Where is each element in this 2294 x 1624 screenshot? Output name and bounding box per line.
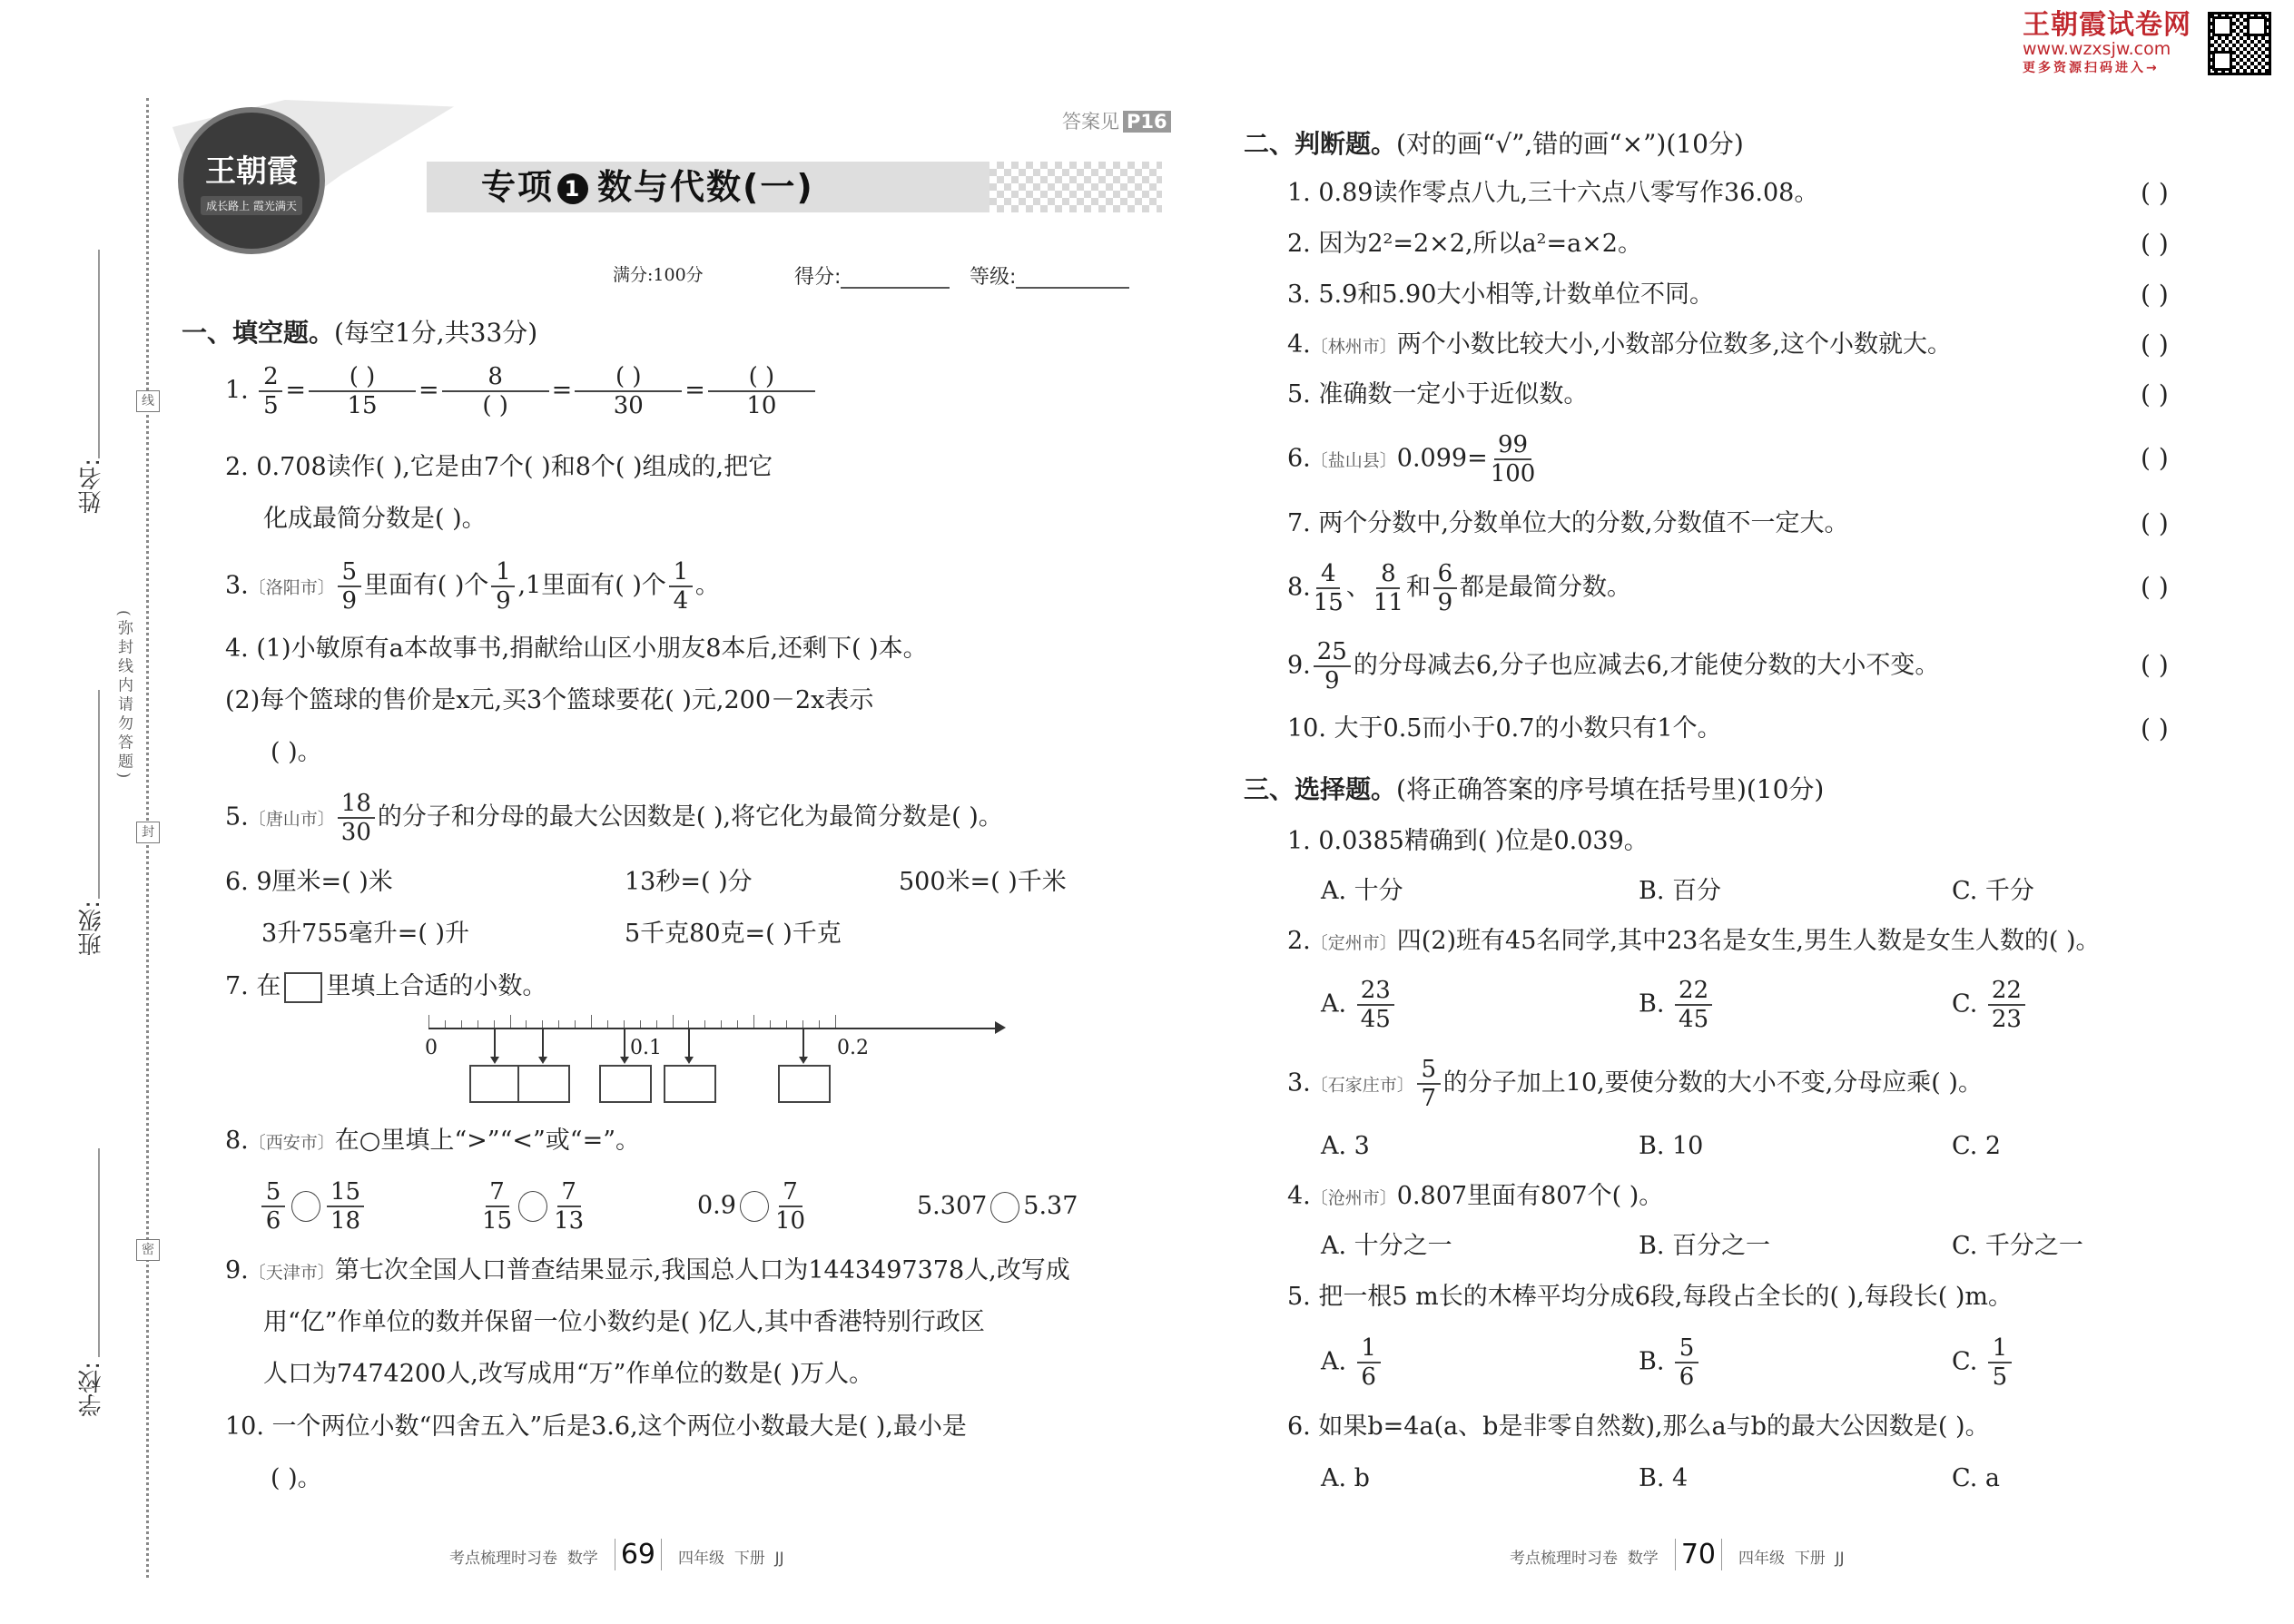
- choice-3-option-a[interactable]: A. 3: [1321, 1131, 1370, 1162]
- judge-item-8: 8.415、811和69都是最简分数。: [1287, 560, 1631, 616]
- class-field-line[interactable]: [98, 690, 100, 899]
- answer-ref-page: P16: [1123, 111, 1171, 133]
- choice-5-option-a[interactable]: A. 16: [1321, 1334, 1383, 1391]
- minor-tick: [656, 1020, 657, 1028]
- question-1-6e[interactable]: 5千克80克=( )千克: [625, 919, 842, 950]
- grade-field[interactable]: 等级:: [970, 261, 1129, 290]
- judge-answer-4[interactable]: ( ): [2141, 330, 2169, 360]
- question-1-4-line2[interactable]: (2)每个篮球的售价是x元,买3个篮球要花( )元,200－2x表示: [225, 685, 873, 716]
- site-logo[interactable]: 王朝霞试卷网 www.wzxsjw.com 更多资源扫码进入→: [2023, 11, 2191, 76]
- compare-circle[interactable]: [990, 1192, 1019, 1223]
- choice-6-option-c[interactable]: C. a: [1952, 1463, 2000, 1494]
- choice-item-6[interactable]: 6. 如果b=4a(a、b是非零自然数),那么a与b的最大公因数是( )。: [1287, 1412, 1990, 1442]
- question-1-2-line1[interactable]: 2. 0.708读作( ),它是由7个( )和8个( )组成的,把它: [225, 452, 773, 483]
- question-1-6a[interactable]: 6. 9厘米=( )米: [225, 867, 393, 898]
- judge-item-10: 10. 大于0.5而小于0.7的小数只有1个。: [1287, 714, 1722, 744]
- seal-notice: (弥封线内请勿答题): [113, 610, 135, 782]
- fraction: 19: [491, 558, 515, 615]
- class-label: 班级:: [74, 901, 108, 956]
- minor-tick: [688, 1020, 689, 1028]
- choice-4-option-b[interactable]: B. 百分之一: [1639, 1231, 1770, 1262]
- logo-name: 王朝霞: [205, 146, 298, 191]
- footer-right: 考点梳理时习卷 数学70四年级 下册 JJ: [1510, 1539, 1845, 1570]
- region-tag: 〔林州市〕: [1311, 337, 1397, 357]
- number-line-axis: [428, 1028, 1000, 1029]
- title-number-badge: 1: [557, 173, 588, 204]
- judge-answer-1[interactable]: ( ): [2141, 178, 2169, 209]
- arrow-head-icon: [538, 1057, 547, 1064]
- site-brand: 王朝霞试卷网: [2023, 11, 2191, 40]
- minor-tick: [704, 1020, 705, 1028]
- question-1-3[interactable]: 3.〔洛阳市〕59里面有( )个19,1里面有( )个14。: [225, 558, 720, 615]
- choice-2-option-b[interactable]: B. 2245: [1639, 977, 1715, 1033]
- region-tag: 〔盐山县〕: [1311, 451, 1397, 471]
- title-prefix: 专项: [481, 167, 554, 207]
- question-1-5[interactable]: 5.〔唐山市〕1830的分子和分母的最大公因数是( ),将它化为最简分数是( )…: [225, 790, 1003, 847]
- footer-left: 考点梳理时习卷 数学69四年级 下册 JJ: [449, 1539, 784, 1570]
- choice-5-option-b[interactable]: B. 56: [1639, 1334, 1701, 1391]
- label-0-2: 0.2: [837, 1037, 869, 1059]
- choice-6-option-a[interactable]: A. b: [1321, 1463, 1370, 1494]
- minor-tick: [607, 1020, 608, 1028]
- region-tag: 〔沧州市〕: [1311, 1188, 1397, 1208]
- name-label: 姓名:: [74, 458, 108, 514]
- major-tick: [673, 1015, 674, 1028]
- choice-4-option-a[interactable]: A. 十分之一: [1321, 1231, 1452, 1262]
- choice-2-option-c[interactable]: C. 2223: [1952, 977, 2028, 1033]
- section-2-heading: 二、判断题。(对的画“√”,错的画“×”)(10分): [1244, 129, 1744, 160]
- choice-5-option-c[interactable]: C. 15: [1952, 1334, 2014, 1391]
- question-1-10-line1[interactable]: 10. 一个两位小数“四舍五入”后是3.6,这个两位小数最大是( ),最小是: [225, 1412, 967, 1442]
- judge-item-5: 5. 准确数一定小于近似数。: [1287, 379, 1588, 410]
- major-tick: [835, 1015, 836, 1028]
- minor-tick: [624, 1020, 625, 1028]
- judge-item-2: 2. 因为2²=2×2,所以a²=a×2。: [1287, 229, 1642, 260]
- compare-circle[interactable]: [740, 1191, 769, 1222]
- score-label: 得分:: [794, 266, 841, 289]
- page-number: 69: [615, 1539, 662, 1570]
- seal-mark-secret: 密: [136, 1239, 160, 1261]
- region-tag: 〔唐山市〕: [249, 810, 335, 830]
- choice-3-option-c[interactable]: C. 2: [1952, 1131, 2001, 1162]
- q-number: 1.: [225, 377, 249, 405]
- school-field-line[interactable]: [98, 1148, 100, 1357]
- choice-item-1[interactable]: 1. 0.0385精确到( )位是0.039。: [1287, 826, 1649, 857]
- pointer-arrow: [688, 1029, 690, 1058]
- question-1-6c[interactable]: 500米=( )千米: [899, 867, 1067, 898]
- minor-tick: [445, 1020, 446, 1028]
- minor-tick: [737, 1020, 738, 1028]
- region-tag: 〔定州市〕: [1311, 933, 1397, 953]
- arrow-head-icon: [620, 1057, 629, 1064]
- site-cta: 更多资源扫码进入→: [2023, 58, 2191, 76]
- judge-answer-7[interactable]: ( ): [2141, 508, 2169, 539]
- question-1-9-line3[interactable]: 人口为7474200人,改写成用“万”作单位的数是( )万人。: [263, 1359, 873, 1390]
- question-1-9-line2[interactable]: 用“亿”作单位的数并保留一位小数约是( )亿人,其中香港特别行政区: [263, 1307, 985, 1338]
- fraction-blank[interactable]: 8( ): [442, 363, 549, 419]
- label-0: 0: [425, 1037, 438, 1059]
- seal-mark-line: 线: [136, 390, 160, 412]
- minor-tick: [786, 1020, 787, 1028]
- judge-answer-2[interactable]: ( ): [2141, 229, 2169, 260]
- grade-label: 等级:: [970, 266, 1016, 289]
- qr-corner: [2247, 16, 2267, 36]
- choice-item-3[interactable]: 3.〔石家庄市〕57的分子加上10,要使分数的大小不变,分母应乘( )。: [1287, 1056, 1983, 1113]
- title-main: 数与代数(一): [597, 167, 814, 207]
- major-tick: [753, 1015, 754, 1028]
- judge-answer-9[interactable]: ( ): [2141, 650, 2169, 681]
- minor-tick: [819, 1020, 820, 1028]
- judge-answer-5[interactable]: ( ): [2141, 379, 2169, 410]
- question-1-4-line1[interactable]: 4. (1)小敏原有a本故事书,捐献给山区小朋友8本后,还剩下( )本。: [225, 634, 928, 664]
- arrow-head-icon: [490, 1057, 499, 1064]
- region-tag: 〔石家庄市〕: [1311, 1076, 1414, 1096]
- section-1-title: 一、填空题。: [182, 318, 334, 348]
- site-url[interactable]: www.wzxsjw.com: [2023, 40, 2191, 58]
- answer-box-5[interactable]: [778, 1065, 831, 1103]
- major-tick: [428, 1015, 429, 1028]
- pointer-arrow: [494, 1029, 496, 1058]
- judge-item-7: 7. 两个分数中,分数单位大的分数,分数值不一定大。: [1287, 508, 1849, 539]
- fraction-blank[interactable]: ( )30: [575, 363, 682, 419]
- pointer-arrow: [802, 1029, 804, 1058]
- choice-2-option-a[interactable]: A. 2345: [1321, 977, 1397, 1033]
- answer-ref-label: 答案见: [1062, 111, 1119, 133]
- minor-tick: [640, 1020, 641, 1028]
- judge-answer-3[interactable]: ( ): [2141, 280, 2169, 310]
- qr-corner: [2212, 16, 2232, 36]
- judge-answer-6[interactable]: ( ): [2141, 443, 2169, 474]
- region-tag: 〔洛阳市〕: [249, 578, 335, 598]
- fraction: 14: [669, 558, 693, 615]
- choice-1-option-b[interactable]: B. 百分: [1639, 876, 1721, 907]
- answer-reference: 答案见P16: [1062, 107, 1171, 134]
- question-1-2-line2[interactable]: 化成最简分数是( )。: [263, 504, 487, 535]
- judge-item-6: 6.〔盐山县〕0.099=99100: [1287, 431, 1538, 488]
- minor-tick: [461, 1020, 462, 1028]
- compare-circle[interactable]: [291, 1191, 320, 1222]
- fraction: 1830: [338, 790, 375, 846]
- pointer-arrow: [542, 1029, 544, 1058]
- choice-4-option-c[interactable]: C. 千分之一: [1952, 1231, 2083, 1262]
- compare-pair-1[interactable]: 561518: [259, 1178, 367, 1235]
- compare-circle[interactable]: [518, 1191, 547, 1222]
- major-tick: [591, 1015, 592, 1028]
- minor-tick: [558, 1020, 559, 1028]
- section-3-heading: 三、选择题。(将正确答案的序号填在括号里)(10分): [1244, 774, 1824, 805]
- choice-6-option-b[interactable]: B. 4: [1639, 1463, 1688, 1494]
- choice-1-option-a[interactable]: A. 十分: [1321, 876, 1403, 907]
- section-1-heading: 一、填空题。(每空1分,共33分): [182, 318, 537, 349]
- judge-item-9: 9.259的分母减去6,分子也应减去6,才能使分数的大小不变。: [1287, 638, 1939, 694]
- answer-box-3[interactable]: [599, 1065, 652, 1103]
- compare-pair-4[interactable]: 5.3075.37: [917, 1191, 1078, 1223]
- minor-tick: [494, 1020, 495, 1028]
- compare-pair-2[interactable]: 715713: [479, 1178, 586, 1235]
- publisher-logo: 王朝霞 成长路上 霞光满天: [178, 107, 325, 254]
- choice-3-option-b[interactable]: B. 10: [1639, 1131, 1703, 1162]
- answer-box-2[interactable]: [517, 1065, 570, 1103]
- name-field-line[interactable]: [98, 250, 100, 458]
- minor-tick: [770, 1020, 771, 1028]
- box-symbol: [284, 972, 322, 1003]
- minor-tick: [478, 1020, 478, 1028]
- minor-tick: [721, 1020, 722, 1028]
- minor-tick: [542, 1020, 543, 1028]
- minor-tick: [802, 1020, 803, 1028]
- axis-arrow-icon: [995, 1021, 1006, 1034]
- question-1-9-line1: 9.〔天津市〕第七次全国人口普查结果显示,我国总人口为1443497378人,改…: [225, 1255, 1070, 1288]
- major-tick: [510, 1015, 511, 1028]
- choice-item-4[interactable]: 4.〔沧州市〕0.807里面有807个( )。: [1287, 1181, 1663, 1214]
- compare-pair-3[interactable]: 0.9710: [697, 1178, 808, 1235]
- score-blank[interactable]: [841, 265, 950, 289]
- arrow-head-icon: [799, 1057, 808, 1064]
- score-field[interactable]: 得分:: [794, 261, 950, 290]
- region-tag: 〔天津市〕: [249, 1263, 335, 1283]
- judge-item-1: 1. 0.89读作零点八九,三十六点八零写作36.08。: [1287, 178, 1818, 209]
- arrow-head-icon: [684, 1057, 694, 1064]
- question-1-7: 7. 在里填上合适的小数。: [225, 971, 546, 1003]
- section-1-note: (每空1分,共33分): [334, 318, 537, 348]
- fraction-blank[interactable]: ( )15: [309, 363, 416, 419]
- full-score: 满分:100分: [613, 261, 704, 286]
- qr-corner: [2212, 51, 2232, 71]
- question-1-4-line3[interactable]: ( )。: [271, 737, 322, 768]
- choice-1-option-c[interactable]: C. 千分: [1952, 876, 2034, 907]
- judge-item-3: 3. 5.9和5.90大小相等,计数单位不同。: [1287, 280, 1714, 310]
- question-1-6b[interactable]: 13秒=( )分: [625, 867, 753, 898]
- page-title: 专项1数与代数(一): [481, 163, 814, 211]
- question-1-1: 1. 25=( )15=8( )=( )30=( )10: [225, 363, 818, 419]
- seal-mark-seal: 封: [136, 822, 160, 843]
- fraction: 59: [338, 558, 361, 615]
- question-1-6d[interactable]: 3升755毫升=( )升: [261, 919, 469, 950]
- minor-tick: [526, 1020, 527, 1028]
- answer-box-1[interactable]: [469, 1065, 522, 1103]
- qr-code-icon[interactable]: [2208, 12, 2271, 75]
- minor-tick: [575, 1020, 576, 1028]
- checker-decoration: [989, 162, 1162, 212]
- choice-item-2[interactable]: 2.〔定州市〕四(2)班有45名同学,其中23名是女生,男生人数是女生人数的( …: [1287, 926, 2101, 959]
- logo-slogan: 成长路上 霞光满天: [201, 196, 302, 215]
- fraction: 25: [259, 363, 282, 419]
- question-1-10-line2[interactable]: ( )。: [271, 1463, 322, 1494]
- choice-item-5[interactable]: 5. 把一根5 m长的木棒平均分成6段,每段占全长的( ),每段长( )m。: [1287, 1282, 2013, 1313]
- school-label: 学校:: [74, 1362, 108, 1417]
- question-1-8: 8.〔西安市〕在○里填上“>”“<”或“=”。: [225, 1126, 640, 1158]
- judge-item-4: 4.〔林州市〕两个小数比较大小,小数部分位数多,这个小数就大。: [1287, 330, 1952, 362]
- answer-box-4[interactable]: [664, 1065, 716, 1103]
- page-number: 70: [1675, 1539, 1722, 1570]
- judge-answer-8[interactable]: ( ): [2141, 572, 2169, 603]
- judge-answer-10[interactable]: ( ): [2141, 714, 2169, 744]
- region-tag: 〔西安市〕: [249, 1133, 335, 1153]
- label-0-1: 0.1: [630, 1037, 662, 1059]
- pointer-arrow: [624, 1029, 625, 1058]
- fraction-blank[interactable]: ( )10: [708, 363, 815, 419]
- grade-blank[interactable]: [1016, 265, 1129, 289]
